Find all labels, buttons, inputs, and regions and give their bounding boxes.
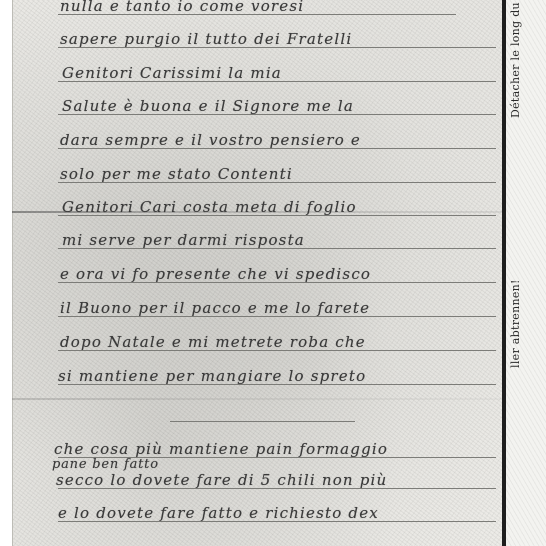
letter-line: sapere purgio il tutto dei Fratelli xyxy=(60,30,352,48)
letter-line: e lo dovete fare fatto e richiesto dex xyxy=(58,504,379,522)
letter-line: secco lo dovete fare di 5 chili non più xyxy=(56,471,387,489)
ruled-line xyxy=(170,421,355,422)
letter-line: mi serve per darmi risposta xyxy=(62,231,305,249)
stub-top-text: Détacher le long du p xyxy=(509,0,522,118)
letter-line: Genitori Cari costa meta di foglio xyxy=(62,198,357,216)
letter-line: si mantiene per mangiare lo spreto xyxy=(58,367,366,385)
letter-line: dopo Natale e mi metrete roba che xyxy=(60,333,366,351)
letter-line: il Buono per il pacco e me lo farete xyxy=(60,299,370,317)
letter-line: e ora vi fo presente che vi spedisco xyxy=(60,265,371,283)
letter-scan: nulla e tanto io come voresi sapere purg… xyxy=(0,0,546,546)
letter-line: Genitori Carissimi la mia xyxy=(62,64,282,82)
letter-line: dara sempre e il vostro pensiero e xyxy=(60,131,361,149)
letter-line: nulla e tanto io come voresi xyxy=(60,0,304,15)
paper-fold-crease xyxy=(12,398,504,400)
stub-bottom-text: ller abtrennen! xyxy=(509,279,522,368)
letter-line: Salute è buona e il Signore me la xyxy=(62,97,354,115)
letter-line: solo per me stato Contenti xyxy=(60,165,293,183)
